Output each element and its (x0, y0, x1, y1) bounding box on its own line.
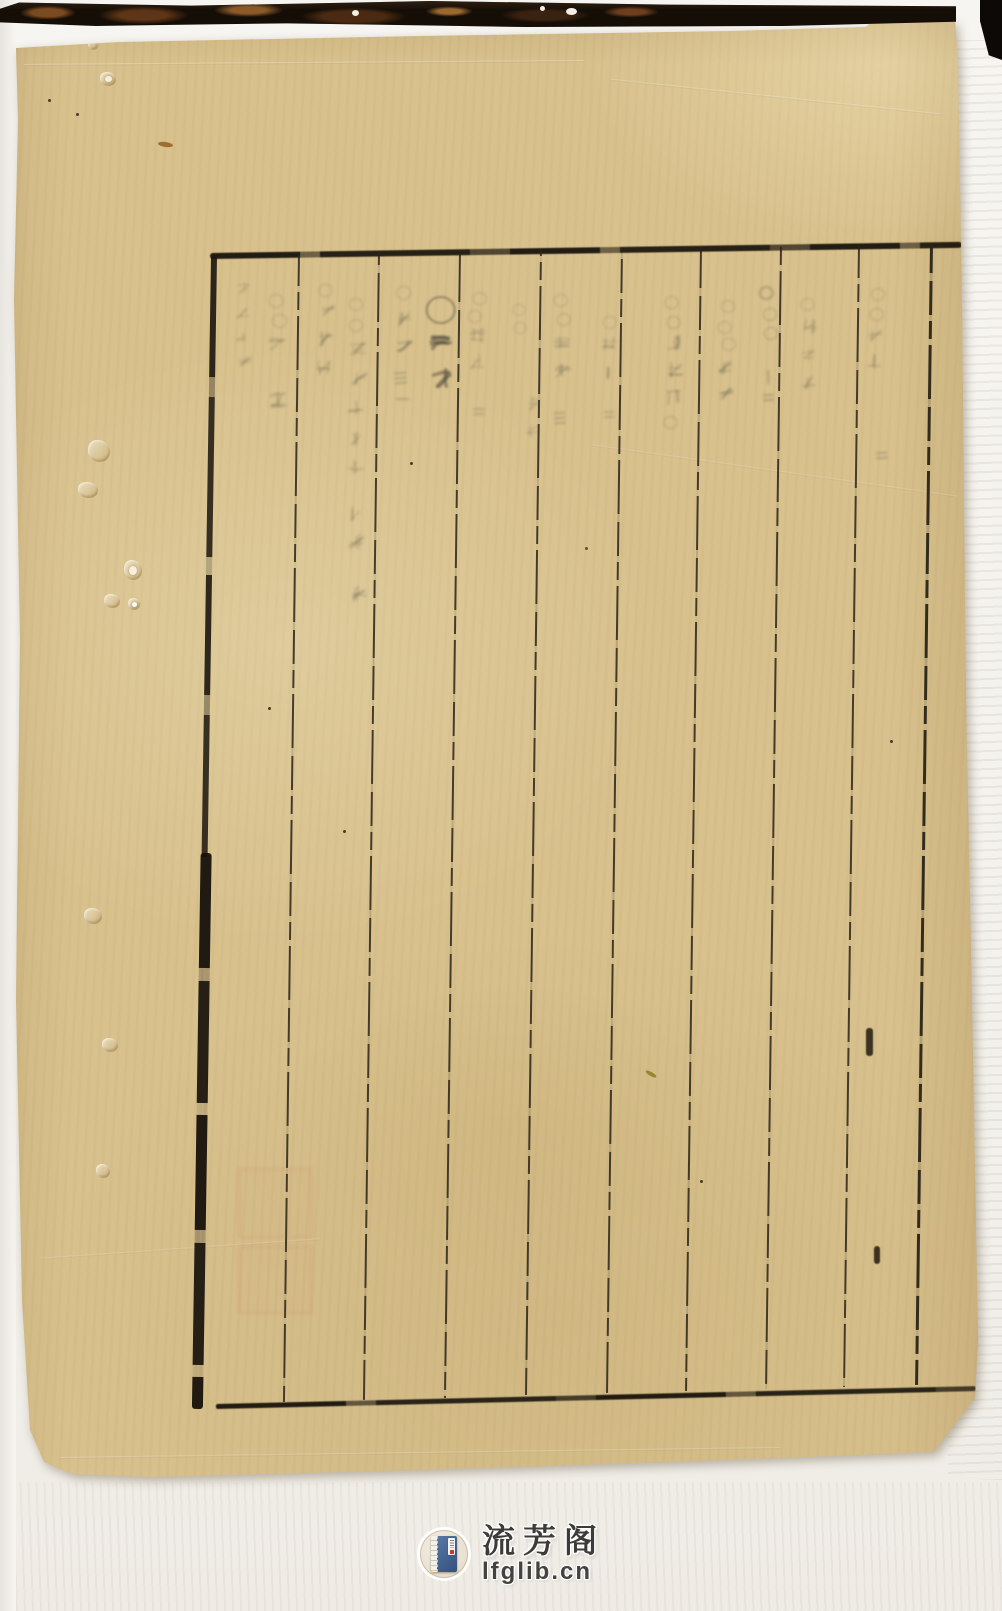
bleed-text-column (715, 300, 740, 411)
bleed-text-column (344, 298, 373, 616)
ink-speck (343, 830, 346, 833)
bleed-text-column (425, 296, 457, 404)
bleed-text-column (549, 294, 576, 434)
bleed-text-column (389, 286, 416, 408)
ink-speck (890, 740, 893, 743)
genealogy-page-paper (0, 0, 1002, 1611)
watermark-texts: 流芳阁 lfglib.cn (482, 1526, 605, 1586)
worm-hole-blemish (124, 560, 142, 580)
ink-speck (76, 113, 79, 116)
worm-hole-blemish (104, 594, 120, 608)
book-label-seal (450, 1550, 454, 1554)
border-segment (192, 853, 212, 1409)
watermark-site-name: 流芳阁 (482, 1526, 605, 1556)
book-label-text-marks (450, 1540, 454, 1548)
blemish-fleck (129, 566, 137, 575)
ink-speck (645, 1069, 657, 1078)
column-divider-line (685, 247, 702, 1391)
worm-hole-blemish (128, 598, 140, 610)
table-frame-border-right (915, 244, 933, 1385)
ink-speck (268, 707, 271, 710)
paper-crease (60, 1447, 780, 1459)
lfglib-watermark: 流芳阁 lfglib.cn (420, 1526, 605, 1586)
blemish-fleck (105, 76, 112, 82)
ink-speck (48, 99, 51, 102)
column-divider-line (843, 245, 860, 1387)
binding-speck (566, 8, 577, 15)
column-divider-line (444, 250, 461, 1398)
bleed-text-column (510, 304, 533, 342)
table-frame-border-left (192, 257, 222, 1409)
watermark-badge (420, 1530, 468, 1578)
paper-shadow-wrap (0, 0, 1002, 1611)
paper-crease (611, 79, 939, 115)
ink-knot (874, 1246, 880, 1264)
ink-speck (585, 547, 588, 550)
border-segment (202, 257, 217, 857)
column-divider-line (606, 248, 623, 1393)
bleed-text-column (595, 316, 620, 426)
seal-ghost-stamp (238, 1168, 312, 1318)
worm-hole-blemish (84, 908, 102, 924)
bleed-text-column (231, 282, 254, 377)
bleed-text-column (465, 292, 492, 424)
ink-speck (410, 462, 413, 465)
worm-hole-blemish (88, 40, 98, 50)
column-divider-line (525, 249, 542, 1395)
paper-crease (24, 60, 584, 66)
ink-knot (866, 1028, 873, 1056)
ink-speck (700, 1180, 703, 1183)
seal-ghost-box (238, 1246, 312, 1314)
binding-speck (540, 6, 545, 11)
binding-speck (352, 10, 359, 16)
worm-hole-blemish (102, 1038, 118, 1052)
paper-crease (592, 444, 959, 497)
table-frame-border-bottom (216, 1386, 976, 1409)
blemish-fleck (132, 602, 137, 607)
worm-hole-blemish (100, 72, 116, 86)
book-icon (431, 1536, 457, 1572)
worm-hole-blemish (78, 482, 98, 498)
table-frame-border-top (210, 242, 962, 259)
ink-speck (158, 141, 174, 148)
worm-hole-blemish (88, 440, 110, 462)
column-divider-line (363, 251, 380, 1400)
seal-ghost-box (238, 1168, 312, 1238)
scanned-document-view: 流芳阁 lfglib.cn (0, 0, 1002, 1611)
bleed-text-column (659, 296, 686, 435)
book-title-label (448, 1538, 455, 1555)
column-divider-line (765, 246, 782, 1389)
bleed-text-column (865, 288, 892, 471)
bleed-text-column (313, 284, 339, 388)
bleed-text-column (265, 294, 293, 422)
bleed-text-column (524, 396, 548, 447)
book-cover (437, 1536, 457, 1572)
worm-hole-blemish (96, 1164, 110, 1178)
watermark-site-domain: lfglib.cn (482, 1558, 605, 1586)
bleed-text-column (797, 298, 822, 400)
